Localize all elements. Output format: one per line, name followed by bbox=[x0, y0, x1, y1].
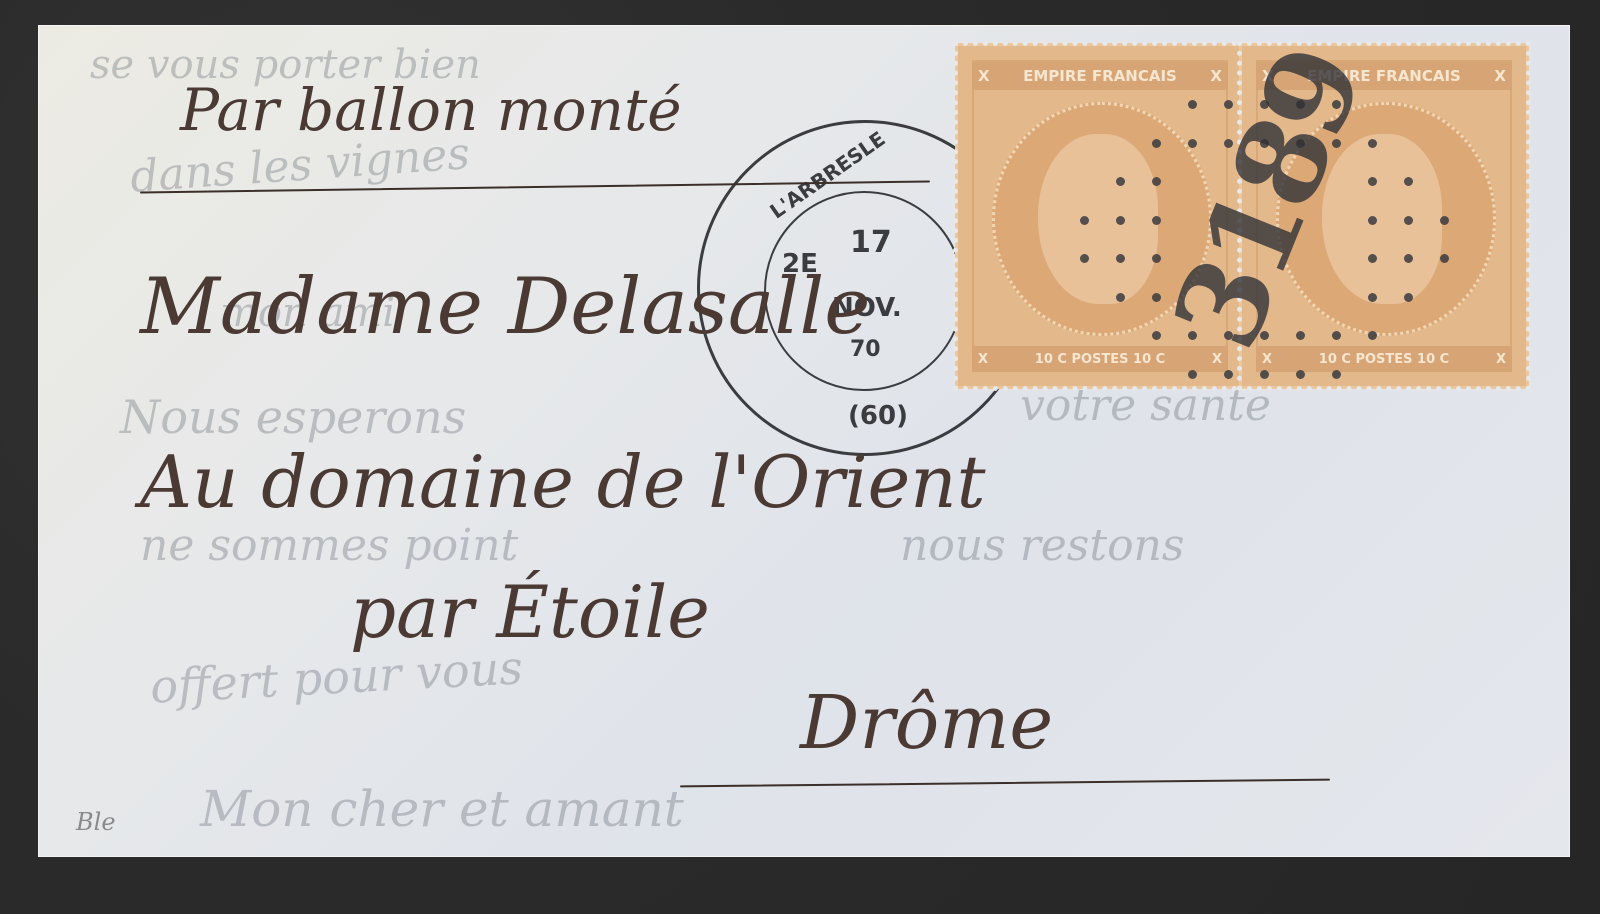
cancel-dot bbox=[1296, 370, 1305, 379]
corner-mark: X bbox=[1494, 67, 1506, 85]
corner-mark: X bbox=[978, 352, 988, 367]
cancel-dot bbox=[1188, 139, 1197, 148]
cancel-dot bbox=[1404, 254, 1413, 263]
corner-mark: X bbox=[1210, 67, 1222, 85]
cancel-dot bbox=[1260, 370, 1269, 379]
cancel-dot bbox=[1152, 139, 1161, 148]
cancel-dot bbox=[1080, 254, 1089, 263]
cancel-dot bbox=[1152, 331, 1161, 340]
cancel-dot bbox=[1368, 254, 1377, 263]
cancel-dot bbox=[1440, 254, 1449, 263]
cancel-dot bbox=[1116, 254, 1125, 263]
cancel-dot bbox=[1224, 370, 1233, 379]
cancel-dot bbox=[1080, 216, 1089, 225]
cancel-dot bbox=[1404, 177, 1413, 186]
cancel-dot bbox=[1368, 177, 1377, 186]
address-line-4: Drôme bbox=[800, 680, 1053, 766]
pencil-mark: Ble bbox=[76, 808, 116, 836]
address-line-2: Au domaine de l'Orient bbox=[140, 440, 986, 524]
cancel-dot bbox=[1188, 370, 1197, 379]
bleed-text: nous restons bbox=[900, 520, 1184, 571]
bleed-text: Nous esperons bbox=[120, 390, 466, 444]
cancel-dot bbox=[1188, 100, 1197, 109]
cancel-dot bbox=[1116, 293, 1125, 302]
corner-mark: X bbox=[1496, 352, 1506, 367]
cancel-dot bbox=[1152, 216, 1161, 225]
bleed-text: votre sante bbox=[1020, 380, 1271, 431]
postmark-department: (60) bbox=[848, 401, 908, 431]
address-line-3: par Étoile bbox=[350, 570, 710, 654]
cancel-dot bbox=[1404, 293, 1413, 302]
cancel-dot bbox=[1152, 254, 1161, 263]
cancel-dot bbox=[1116, 177, 1125, 186]
corner-mark: X bbox=[978, 67, 990, 85]
cancel-dot bbox=[1368, 216, 1377, 225]
route-note: Par ballon monté bbox=[180, 76, 682, 144]
stamp-country: EMPIRE FRANCAIS bbox=[1023, 67, 1177, 85]
cancel-dot bbox=[1152, 177, 1161, 186]
bleed-text: ne sommes point bbox=[140, 520, 518, 571]
cancel-dot bbox=[1332, 370, 1341, 379]
cancel-dot bbox=[1332, 331, 1341, 340]
cancel-dot bbox=[1404, 216, 1413, 225]
stamp-top-label: X EMPIRE FRANCAIS X bbox=[972, 62, 1228, 90]
address-line-1: Madame Delasalle bbox=[140, 262, 870, 352]
cancel-dot bbox=[1296, 331, 1305, 340]
cancel-dot bbox=[1368, 139, 1377, 148]
postmark-day: 17 bbox=[850, 225, 892, 260]
bleed-text: Mon cher et amant bbox=[200, 780, 684, 838]
cancel-dot bbox=[1440, 216, 1449, 225]
cancel-dot bbox=[1368, 331, 1377, 340]
cancel-dot bbox=[1116, 216, 1125, 225]
cancel-dot bbox=[1368, 293, 1377, 302]
